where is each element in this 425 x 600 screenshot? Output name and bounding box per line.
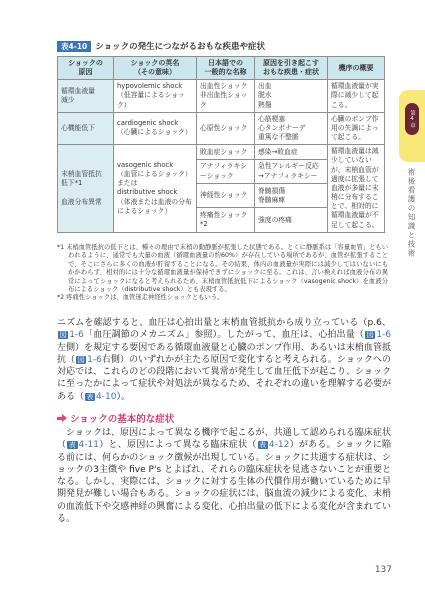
chapter-tab: 第4章 [399, 90, 425, 162]
reference-type-badge: 表 [258, 441, 268, 449]
english-name-cell: cardiogenic shock （心臓によるショック） [114, 112, 197, 145]
table-caption-text: ショックの発生につながるおもな疾患や症状 [95, 40, 265, 52]
english-name-cell: hypovolemic shock （低容量によるショック） [114, 80, 197, 113]
japanese-name-cell: 神経性ショック [197, 184, 255, 208]
footnote-marker: *2 [57, 294, 64, 301]
table-row-cardiogenic: 心機能低下 cardiogenic shock （心臓によるショック） 心原性シ… [58, 112, 385, 145]
column-header-japanese: 日本語での 一般的な名称 [197, 57, 255, 80]
japanese-name-cell: アナフィラキシーショック [197, 159, 255, 183]
reference-number: 4-10 [96, 392, 116, 402]
table-row-hypovolemic: 循環血液量 減少 hypovolemic shock （低容量によるショック） … [58, 80, 385, 113]
table-caption: 表4-10 ショックの発生につながるおもな疾患や症状 [57, 40, 390, 52]
reference-number: 4-12 [269, 440, 289, 450]
diseases-cell: 感染→敗血症 [255, 145, 328, 160]
arrow-bullet-icon [57, 414, 68, 423]
reference-type-badge: 図 [76, 356, 86, 364]
column-header-english: ショックの英名 （その意味） [114, 57, 197, 80]
diseases-cell: 急性アレルギー反応 →アナフィラキシー [255, 159, 328, 183]
diseases-cell: 強度の疼痛 [255, 208, 328, 232]
japanese-name-cell: 敗血症ショック [197, 145, 255, 160]
table-header-row: ショックの 原因 ショックの英名 （その意味） 日本語での 一般的な名称 原因を… [58, 57, 385, 80]
cause-cell: 心機能低下 [58, 112, 114, 145]
diseases-cell: 心筋梗塞 心タンポナーデ 重篤な不整脈 [255, 112, 328, 145]
footnote: *1 末梢血管抵抗の低下とは、種々の理由で末梢の動静脈が拡張した状態である。とく… [57, 244, 388, 294]
reference-type-badge: 図 [58, 331, 68, 339]
column-header-cause: ショックの 原因 [58, 57, 114, 80]
body-paragraph: ショックは、原因によって異なる機序で起こるが、共通して認められる臨床症状（表4-… [57, 427, 391, 525]
reference-number: 1-6 [376, 330, 391, 340]
cause-cell: 末梢血管抵抗 低下*1 血液分布異常 [58, 145, 114, 233]
reference-number: 4-11 [79, 440, 99, 450]
table-footnotes: *1 末梢血管抵抗の低下とは、種々の理由で末梢の動静脈が拡張した状態である。とく… [57, 244, 388, 303]
reference-type-badge: 表 [85, 393, 95, 401]
chapter-number-badge: 第4章 [405, 103, 419, 135]
textbook-page: 表4-10 ショックの発生につながるおもな疾患や症状 ショックの 原因 ショック… [0, 0, 425, 600]
japanese-name-cell: 出血性ショック 非出血性ショック [197, 80, 255, 113]
mechanism-cell: 循環血液量が実際に減少して起こる。 [328, 80, 385, 113]
reference-number: 1-6 [69, 330, 84, 340]
diseases-cell: 出血 脱水 熱傷 [255, 80, 328, 113]
chapter-title-vertical: 術後看護の知識と技術 [406, 168, 417, 258]
reference-type-badge: 表 [67, 441, 77, 449]
shock-types-table: ショックの 原因 ショックの英名 （その意味） 日本語での 一般的な名称 原因を… [57, 56, 385, 233]
section-heading-text: ショックの基本的な症状 [70, 411, 174, 425]
section-heading: ショックの基本的な症状 [57, 411, 174, 425]
reference-number: 1-6 [87, 355, 102, 365]
reference-type-badge: 図 [365, 331, 375, 339]
footnote-text: 疼痛性ショックは、血管迷走神経性ショックともいう。 [66, 294, 223, 301]
diseases-cell: 脊髄損傷 脊髄麻痺 [255, 184, 328, 208]
footnote-marker: *1 [57, 244, 64, 251]
column-header-diseases: 原因を引き起こす おもな疾患・症状 [255, 57, 328, 80]
table-row-vasogenic-septic: 末梢血管抵抗 低下*1 血液分布異常 vasogenic shock （血管によ… [58, 145, 385, 160]
mechanism-cell: 循環血液量は減少していないが、末梢血管が過度に拡張して血液が多量に末梢に分布する… [328, 145, 385, 233]
page-number: 137 [375, 565, 392, 575]
cause-cell: 循環血液量 減少 [58, 80, 114, 113]
japanese-name-cell: 疼痛性ショック*2 [197, 208, 255, 232]
table-number-badge: 表4-10 [57, 41, 91, 52]
footnote-text: 末梢血管抵抗の低下とは、種々の理由で末梢の動静脈が拡張した状態である。とくに静脈… [66, 244, 388, 293]
column-header-mechanism: 機序の概要 [328, 57, 385, 80]
mechanism-cell: 心臓のポンプ作用の失調によって起こる。 [328, 112, 385, 145]
body-paragraph: ニズムを確認すると、血圧は心拍出量と末梢血管抵抗から成り立っている（p.6、図1… [57, 317, 391, 403]
footnote: *2 疼痛性ショックは、血管迷走神経性ショックともいう。 [57, 294, 388, 302]
japanese-name-cell: 心原性ショック [197, 112, 255, 145]
english-name-cell: vasogenic shock （血管によるショック） または distribu… [114, 145, 197, 233]
